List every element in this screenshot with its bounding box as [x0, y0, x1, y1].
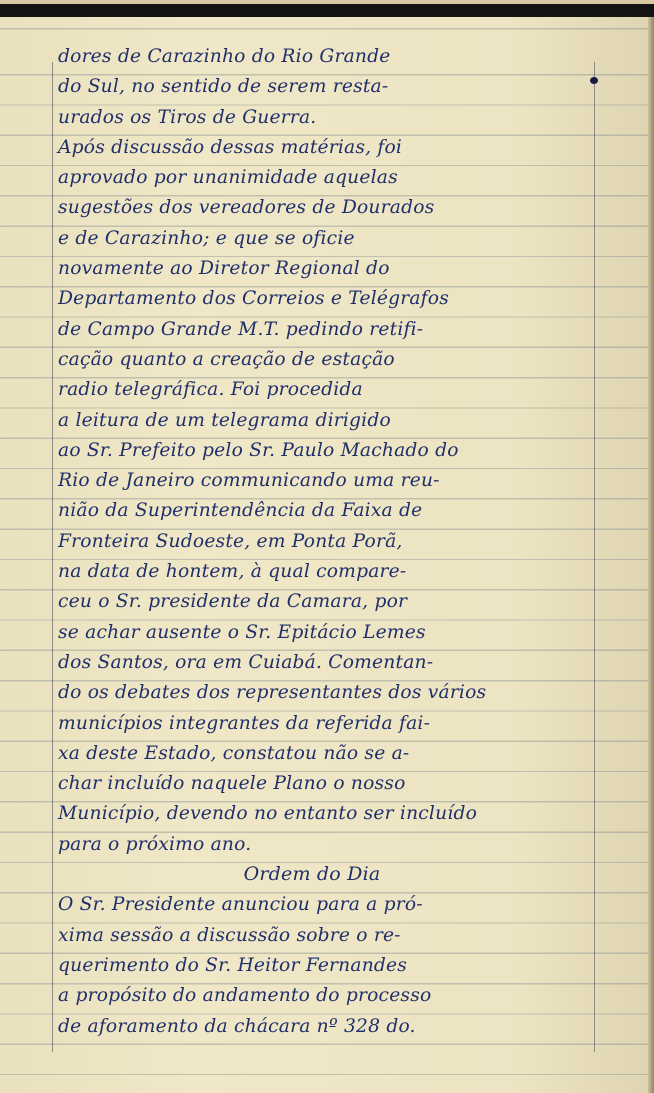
text-line: Departamento dos Correios e Telégrafos [58, 283, 596, 313]
text-line: querimento do Sr. Heitor Fernandes [58, 950, 596, 980]
text-line: urados os Tiros de Guerra. [58, 102, 596, 132]
text-line: radio telegráfica. Foi procedida [58, 374, 596, 404]
text-line: cação quanto a creação de estação [58, 344, 596, 374]
text-line: nião da Superintendência da Faixa de [58, 495, 596, 525]
text-line: na data de hontem, à qual compare- [58, 556, 596, 586]
text-line: para o próximo ano. [58, 829, 596, 859]
text-line: do os debates dos representantes dos vár… [58, 677, 596, 707]
text-line: ao Sr. Prefeito pelo Sr. Paulo Machado d… [58, 435, 596, 465]
left-margin-line [52, 62, 53, 1052]
text-line: e de Carazinho; e que se oficie [58, 223, 596, 253]
scan-border [0, 4, 654, 17]
text-line: Rio de Janeiro communicando uma reu- [58, 465, 596, 495]
page-edge [648, 17, 654, 1093]
text-line: ceu o Sr. presidente da Camara, por [58, 586, 596, 616]
text-line: dores de Carazinho do Rio Grande [58, 41, 596, 71]
text-line: do Sul, no sentido de serem resta- [58, 71, 596, 101]
text-line: novamente ao Diretor Regional do [58, 253, 596, 283]
text-line: xa deste Estado, constatou não se a- [58, 738, 596, 768]
text-line: a propósito do andamento do processo [58, 980, 596, 1010]
text-line: se achar ausente o Sr. Epitácio Lemes [58, 617, 596, 647]
text-line: char incluído naquele Plano o nosso [58, 768, 596, 798]
text-line: dos Santos, ora em Cuiabá. Comentan- [58, 647, 596, 677]
text-line: de aforamento da chácara nº 328 do. [58, 1011, 596, 1041]
handwritten-text: dores de Carazinho do Rio Grande do Sul,… [58, 41, 606, 1041]
text-line: a leitura de um telegrama dirigido [58, 405, 596, 435]
ledger-page: dores de Carazinho do Rio Grande do Sul,… [0, 17, 648, 1093]
text-line: de Campo Grande M.T. pedindo retifi- [58, 314, 596, 344]
section-heading: Ordem do Dia [58, 859, 606, 889]
text-line: municípios integrantes da referida fai- [58, 708, 596, 738]
text-line: xima sessão a discussão sobre o re- [58, 920, 596, 950]
text-line: sugestões dos vereadores de Dourados [58, 192, 596, 222]
text-line: aprovado por unanimidade aquelas [58, 162, 596, 192]
text-line: Município, devendo no entanto ser incluí… [58, 798, 596, 828]
text-line: O Sr. Presidente anunciou para a pró- [58, 889, 596, 919]
text-line: Fronteira Sudoeste, em Ponta Porã, [58, 526, 596, 556]
text-line: Após discussão dessas matérias, foi [58, 132, 596, 162]
